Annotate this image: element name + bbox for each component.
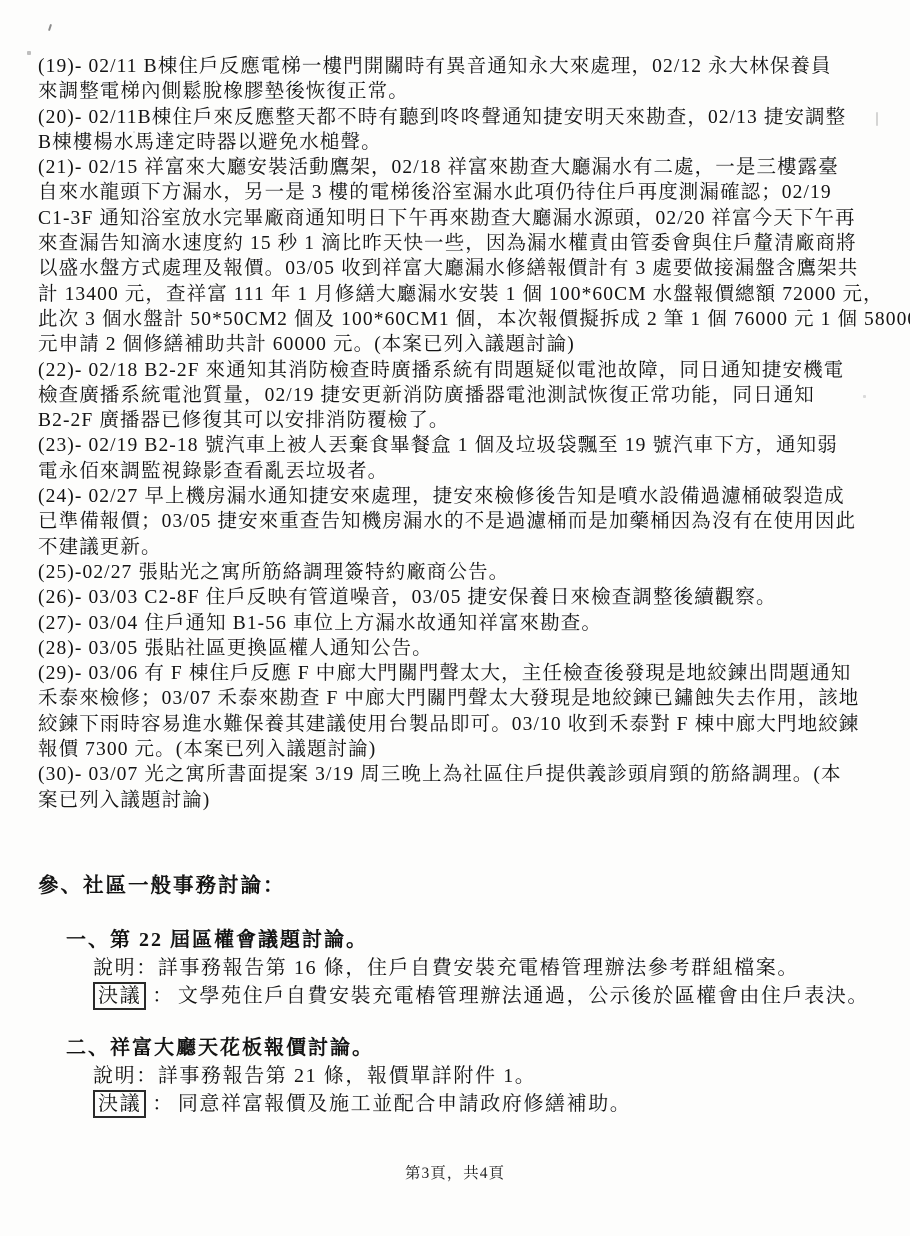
topic-explanation: 說明：詳事務報告第 16 條，住戶自費安裝充電樁管理辦法參考群組檔案。: [93, 954, 869, 982]
report-line: C1-3F 通知浴室放水完畢廠商通知明日下午再來勘查大廳漏水源頭，02/20 祥…: [38, 206, 886, 231]
report-line: 來查漏告知滴水速度約 15 秒 1 滴比昨天快一些，因為漏水權責由管委會與住戶釐…: [38, 231, 886, 256]
report-line: B棟樓楊水馬達定時器以避免水槌聲。: [38, 130, 886, 155]
report-line: 元申請 2 個修繕補助共計 60000 元。(本案已列入議題討論): [38, 332, 886, 357]
topic-explanation: 說明：詳事務報告第 21 條，報價單詳附件 1。: [93, 1062, 631, 1090]
discussion-topic-1: 一、第 22 屆區權會議題討論。 說明：詳事務報告第 16 條，住戶自費安裝充電…: [66, 926, 869, 1010]
explanation-text: 詳事務報告第 16 條，住戶自費安裝充電樁管理辦法參考群組檔案。: [158, 957, 799, 979]
report-line: (24)- 02/27 早上機房漏水通知捷安來處理，捷安來檢修後告知是噴水設備過…: [38, 484, 886, 509]
page-number: 第3頁，共4頁: [0, 1161, 910, 1183]
resolution-separator: ：: [152, 985, 174, 1007]
scan-artifact: [27, 51, 31, 55]
report-line: (28)- 03/05 張貼社區更換區權人通知公告。: [38, 636, 886, 661]
topic-resolution: 決議：同意祥富報價及施工並配合申請政府修繕補助。: [93, 1090, 631, 1118]
report-line: 電永佰來調監視錄影查看亂丟垃圾者。: [38, 459, 886, 484]
report-line: 自來水龍頭下方漏水，另一是 3 樓的電梯後浴室漏水此項仍待住戶再度測漏確認；02…: [38, 180, 886, 205]
report-line: (19)- 02/11 B棟住戶反應電梯一樓門開關時有異音通知永大來處理，02/…: [38, 54, 886, 79]
report-line: 報價 7300 元。(本案已列入議題討論): [38, 737, 886, 762]
resolution-separator: ：: [152, 1093, 174, 1115]
report-line: B2-2F 廣播器已修復其可以安排消防覆檢了。: [38, 408, 886, 433]
explanation-label: 說明：: [93, 957, 158, 979]
report-line: 案已列入議題討論): [38, 788, 886, 813]
report-line: (25)-02/27 張貼光之寓所筋絡調理簽特約廠商公告。: [38, 560, 886, 585]
scan-artifact: [48, 24, 52, 31]
report-line: 來調整電梯內側鬆脫橡膠墊後恢復正常。: [38, 79, 886, 104]
report-line: 不建議更新。: [38, 535, 886, 560]
resolution-label: 決議: [93, 1090, 146, 1118]
report-line: (29)- 03/06 有 F 棟住戶反應 F 中廊大門關門聲太大，主任檢查後發…: [38, 661, 886, 686]
report-line: 檢查廣播系統電池質量，02/19 捷安更新消防廣播器電池測試恢復正常功能，同日通…: [38, 383, 886, 408]
report-line: 此次 3 個水盤計 50*50CM2 個及 100*60CM1 個，本次報價擬拆…: [38, 307, 886, 332]
report-line: (20)- 02/11B棟住戶來反應整天都不時有聽到咚咚聲通知捷安明天來勘查，0…: [38, 105, 886, 130]
section-heading: 參、社區一般事務討論：: [38, 868, 286, 898]
resolution-label: 決議: [93, 982, 146, 1010]
report-line: 已準備報價；03/05 捷安來重查告知機房漏水的不是過濾桶而是加藥桶因為沒有在使…: [38, 509, 886, 534]
report-line: (23)- 02/19 B2-18 號汽車上被人丟棄食畢餐盒 1 個及垃圾袋飄至…: [38, 433, 886, 458]
report-line: (26)- 03/03 C2-8F 住戶反映有管道噪音，03/05 捷安保養日來…: [38, 585, 886, 610]
explanation-text: 詳事務報告第 21 條，報價單詳附件 1。: [158, 1065, 537, 1087]
report-line: 計 13400 元，查祥富 111 年 1 月修繕大廳漏水安裝 1 個 100*…: [38, 282, 886, 307]
resolution-text: 同意祥富報價及施工並配合申請政府修繕補助。: [178, 1093, 632, 1115]
report-line: 禾泰來檢修；03/07 禾泰來勘查 F 中廊大門關門聲太大發現是地絞鍊已鏽蝕失去…: [38, 686, 886, 711]
topic-title: 二、祥富大廳天花板報價討論。: [66, 1034, 631, 1062]
discussion-topic-2: 二、祥富大廳天花板報價討論。 說明：詳事務報告第 21 條，報價單詳附件 1。 …: [66, 1034, 631, 1118]
resolution-text: 文學苑住戶自費安裝充電樁管理辦法通過，公示後於區權會由住戶表決。: [178, 985, 869, 1007]
report-line: (22)- 02/18 B2-2F 來通知其消防檢查時廣播系統有問題疑似電池故障…: [38, 358, 886, 383]
topic-title: 一、第 22 屆區權會議題討論。: [66, 926, 869, 954]
explanation-label: 說明：: [93, 1065, 158, 1087]
report-line: 絞鍊下雨時容易進水難保養其建議使用台製品即可。03/10 收到禾泰對 F 棟中廊…: [38, 712, 886, 737]
topic-resolution: 決議：文學苑住戶自費安裝充電樁管理辦法通過，公示後於區權會由住戶表決。: [93, 982, 869, 1010]
report-line: (21)- 02/15 祥富來大廳安裝活動鷹架，02/18 祥富來勘查大廳漏水有…: [38, 155, 886, 180]
report-line: 以盛水盤方式處理及報價。03/05 收到祥富大廳漏水修繕報價計有 3 處要做接漏…: [38, 256, 886, 281]
affairs-report-items: (19)- 02/11 B棟住戶反應電梯一樓門開關時有異音通知永大來處理，02/…: [38, 54, 886, 813]
scanned-meeting-minutes-page: (19)- 02/11 B棟住戶反應電梯一樓門開關時有異音通知永大來處理，02/…: [0, 0, 910, 1236]
report-line: (30)- 03/07 光之寓所書面提案 3/19 周三晚上為社區住戶提供義診頭…: [38, 762, 886, 787]
report-line: (27)- 03/04 住戶通知 B1-56 車位上方漏水故通知祥富來勘查。: [38, 611, 886, 636]
